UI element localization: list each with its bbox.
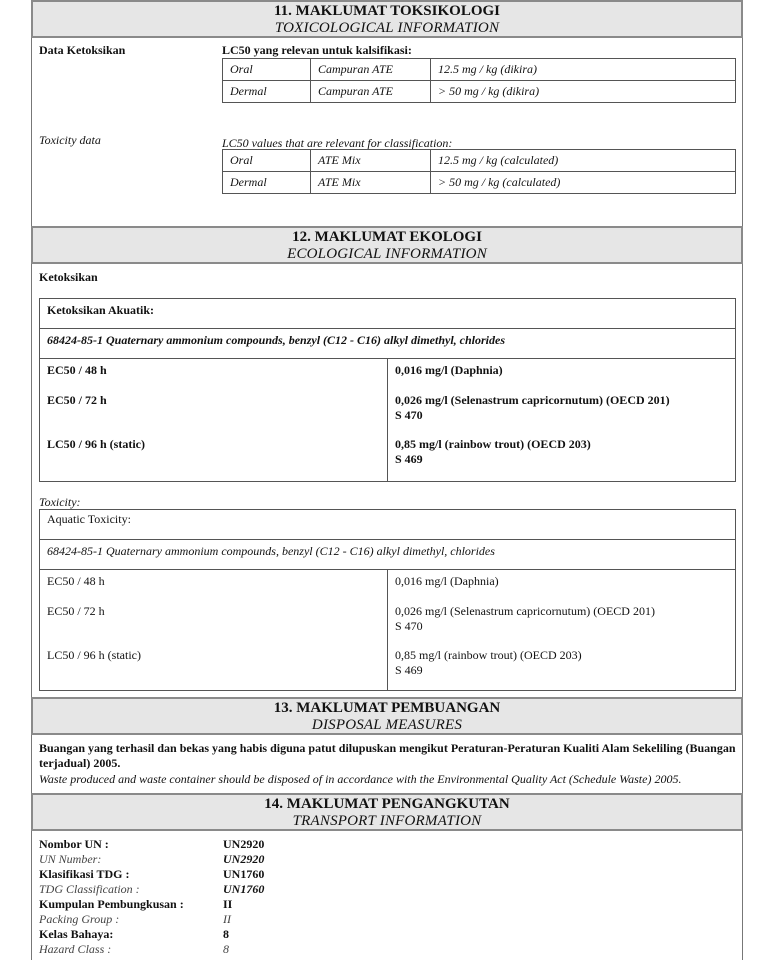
value-text: 0,016 mg/l (Daphnia) (395, 574, 728, 589)
aquatic-toxicity-box-en: Aquatic Toxicity: 68424-85-1 Quaternary … (39, 509, 736, 691)
ecotox-grid-en: EC50 / 48 h EC50 / 72 h LC50 / 96 h (sta… (40, 570, 735, 690)
transport-value: 8 (223, 942, 229, 957)
table-row: Oral ATE Mix 12.5 mg / kg (calculated) (223, 150, 736, 172)
ecotox-value: 0,016 mg/l (Daphnia) (395, 363, 728, 393)
type-cell: ATE Mix (311, 172, 431, 194)
transport-value: UN2920 (223, 837, 264, 852)
endpoint: EC50 / 72 h (47, 393, 380, 437)
route-cell: Oral (223, 59, 311, 81)
lc50-heading-ms: LC50 yang relevan untuk kalsifikasi: (222, 43, 412, 58)
transport-value: UN1760 (223, 867, 264, 882)
endpoint: EC50 / 72 h (47, 604, 380, 648)
value-cell: > 50 mg / kg (calculated) (431, 172, 736, 194)
section-13-title: 13. MAKLUMAT PEMBUANGAN (33, 700, 741, 717)
transport-label: Packing Group : (39, 912, 119, 927)
ref-text: S 469 (395, 663, 728, 678)
table-row: Dermal Campuran ATE > 50 mg / kg (dikira… (223, 81, 736, 103)
ecotox-value: 0,85 mg/l (rainbow trout) (OECD 203)S 46… (395, 437, 728, 467)
aquatic-title-en: Aquatic Toxicity: (40, 510, 735, 540)
section-14-subtitle: TRANSPORT INFORMATION (33, 813, 741, 830)
type-cell: Campuran ATE (311, 81, 431, 103)
transport-value: 8 (223, 927, 229, 942)
substance-name: 68424-85-1 Quaternary ammonium compounds… (47, 544, 495, 558)
substance-row-ms: 68424-85-1 Quaternary ammonium compounds… (40, 329, 735, 359)
toxicity-label-en: Toxicity: (39, 495, 81, 510)
ecotox-value: 0,026 mg/l (Selenastrum capricornutum) (… (395, 393, 728, 437)
value-cell: > 50 mg / kg (dikira) (431, 81, 736, 103)
box-title: Ketoksikan Akuatik: (47, 303, 154, 317)
aquatic-toxicity-box-ms: Ketoksikan Akuatik: 68424-85-1 Quaternar… (39, 298, 736, 482)
transport-label: Nombor UN : (39, 837, 109, 852)
transport-value: UN2920 (223, 852, 264, 867)
value-text: 0,026 mg/l (Selenastrum capricornutum) (… (395, 393, 728, 408)
value-cell: 12.5 mg / kg (calculated) (431, 150, 736, 172)
ecotox-value: 0,026 mg/l (Selenastrum capricornutum) (… (395, 604, 728, 648)
transport-value: II (223, 897, 232, 912)
box-title: Aquatic Toxicity: (47, 512, 131, 526)
value-text: 0,026 mg/l (Selenastrum capricornutum) (… (395, 604, 728, 619)
transport-label: Kumpulan Pembungkusan : (39, 897, 184, 912)
endpoint: EC50 / 48 h (47, 363, 380, 393)
transport-value: UN1760 (223, 882, 264, 897)
section-12-title: 12. MAKLUMAT EKOLOGI (33, 229, 741, 246)
section-13-subtitle: DISPOSAL MEASURES (33, 717, 741, 734)
transport-value: II (223, 912, 231, 927)
toxicity-data-label-ms: Data Ketoksikan (39, 43, 125, 58)
table-row: Oral Campuran ATE 12.5 mg / kg (dikira) (223, 59, 736, 81)
value-cell: 12.5 mg / kg (dikira) (431, 59, 736, 81)
section-14-title: 14. MAKLUMAT PENGANGKUTAN (33, 796, 741, 813)
ref-text: S 469 (395, 452, 728, 467)
ecotox-value: 0,016 mg/l (Daphnia) (395, 574, 728, 604)
transport-label: Kelas Bahaya: (39, 927, 113, 942)
lc50-table-ms: Oral Campuran ATE 12.5 mg / kg (dikira) … (222, 58, 736, 103)
transport-label: TDG Classification : (39, 882, 140, 897)
ecotoxicity-label-ms: Ketoksikan (39, 270, 98, 285)
disposal-text-en: Waste produced and waste container shoul… (39, 772, 744, 787)
aquatic-title-ms: Ketoksikan Akuatik: (40, 299, 735, 329)
toxicity-data-label-en: Toxicity data (39, 133, 101, 148)
route-cell: Oral (223, 150, 311, 172)
section-12-subtitle: ECOLOGICAL INFORMATION (33, 246, 741, 263)
route-cell: Dermal (223, 81, 311, 103)
section-13-header: 13. MAKLUMAT PEMBUANGAN DISPOSAL MEASURE… (31, 697, 743, 735)
transport-label: Hazard Class : (39, 942, 111, 957)
table-row: Dermal ATE Mix > 50 mg / kg (calculated) (223, 172, 736, 194)
ecotox-value: 0,85 mg/l (rainbow trout) (OECD 203)S 46… (395, 648, 728, 678)
type-cell: ATE Mix (311, 150, 431, 172)
ref-text: S 470 (395, 619, 728, 634)
section-12-header: 12. MAKLUMAT EKOLOGI ECOLOGICAL INFORMAT… (31, 226, 743, 264)
ecotox-grid-ms: EC50 / 48 h EC50 / 72 h LC50 / 96 h (sta… (40, 359, 735, 481)
endpoint: EC50 / 48 h (47, 574, 380, 604)
section-11-title: 11. MAKLUMAT TOKSIKOLOGI (33, 3, 741, 20)
type-cell: Campuran ATE (311, 59, 431, 81)
value-text: 0,85 mg/l (rainbow trout) (OECD 203) (395, 437, 728, 452)
section-11-subtitle: TOXICOLOGICAL INFORMATION (33, 20, 741, 37)
endpoint: LC50 / 96 h (static) (47, 648, 380, 678)
disposal-text-ms: Buangan yang terhasil dan bekas yang hab… (39, 741, 739, 771)
transport-label: UN Number: (39, 852, 101, 867)
value-text: 0,85 mg/l (rainbow trout) (OECD 203) (395, 648, 728, 663)
lc50-table-en: Oral ATE Mix 12.5 mg / kg (calculated) D… (222, 149, 736, 194)
transport-label: Klasifikasi TDG : (39, 867, 129, 882)
ref-text: S 470 (395, 408, 728, 423)
value-text: 0,016 mg/l (Daphnia) (395, 363, 728, 378)
substance-row-en: 68424-85-1 Quaternary ammonium compounds… (40, 540, 735, 570)
section-14-header: 14. MAKLUMAT PENGANGKUTAN TRANSPORT INFO… (31, 793, 743, 831)
section-11-header: 11. MAKLUMAT TOKSIKOLOGI TOXICOLOGICAL I… (31, 0, 743, 38)
route-cell: Dermal (223, 172, 311, 194)
endpoint: LC50 / 96 h (static) (47, 437, 380, 467)
substance-name: 68424-85-1 Quaternary ammonium compounds… (47, 333, 505, 347)
